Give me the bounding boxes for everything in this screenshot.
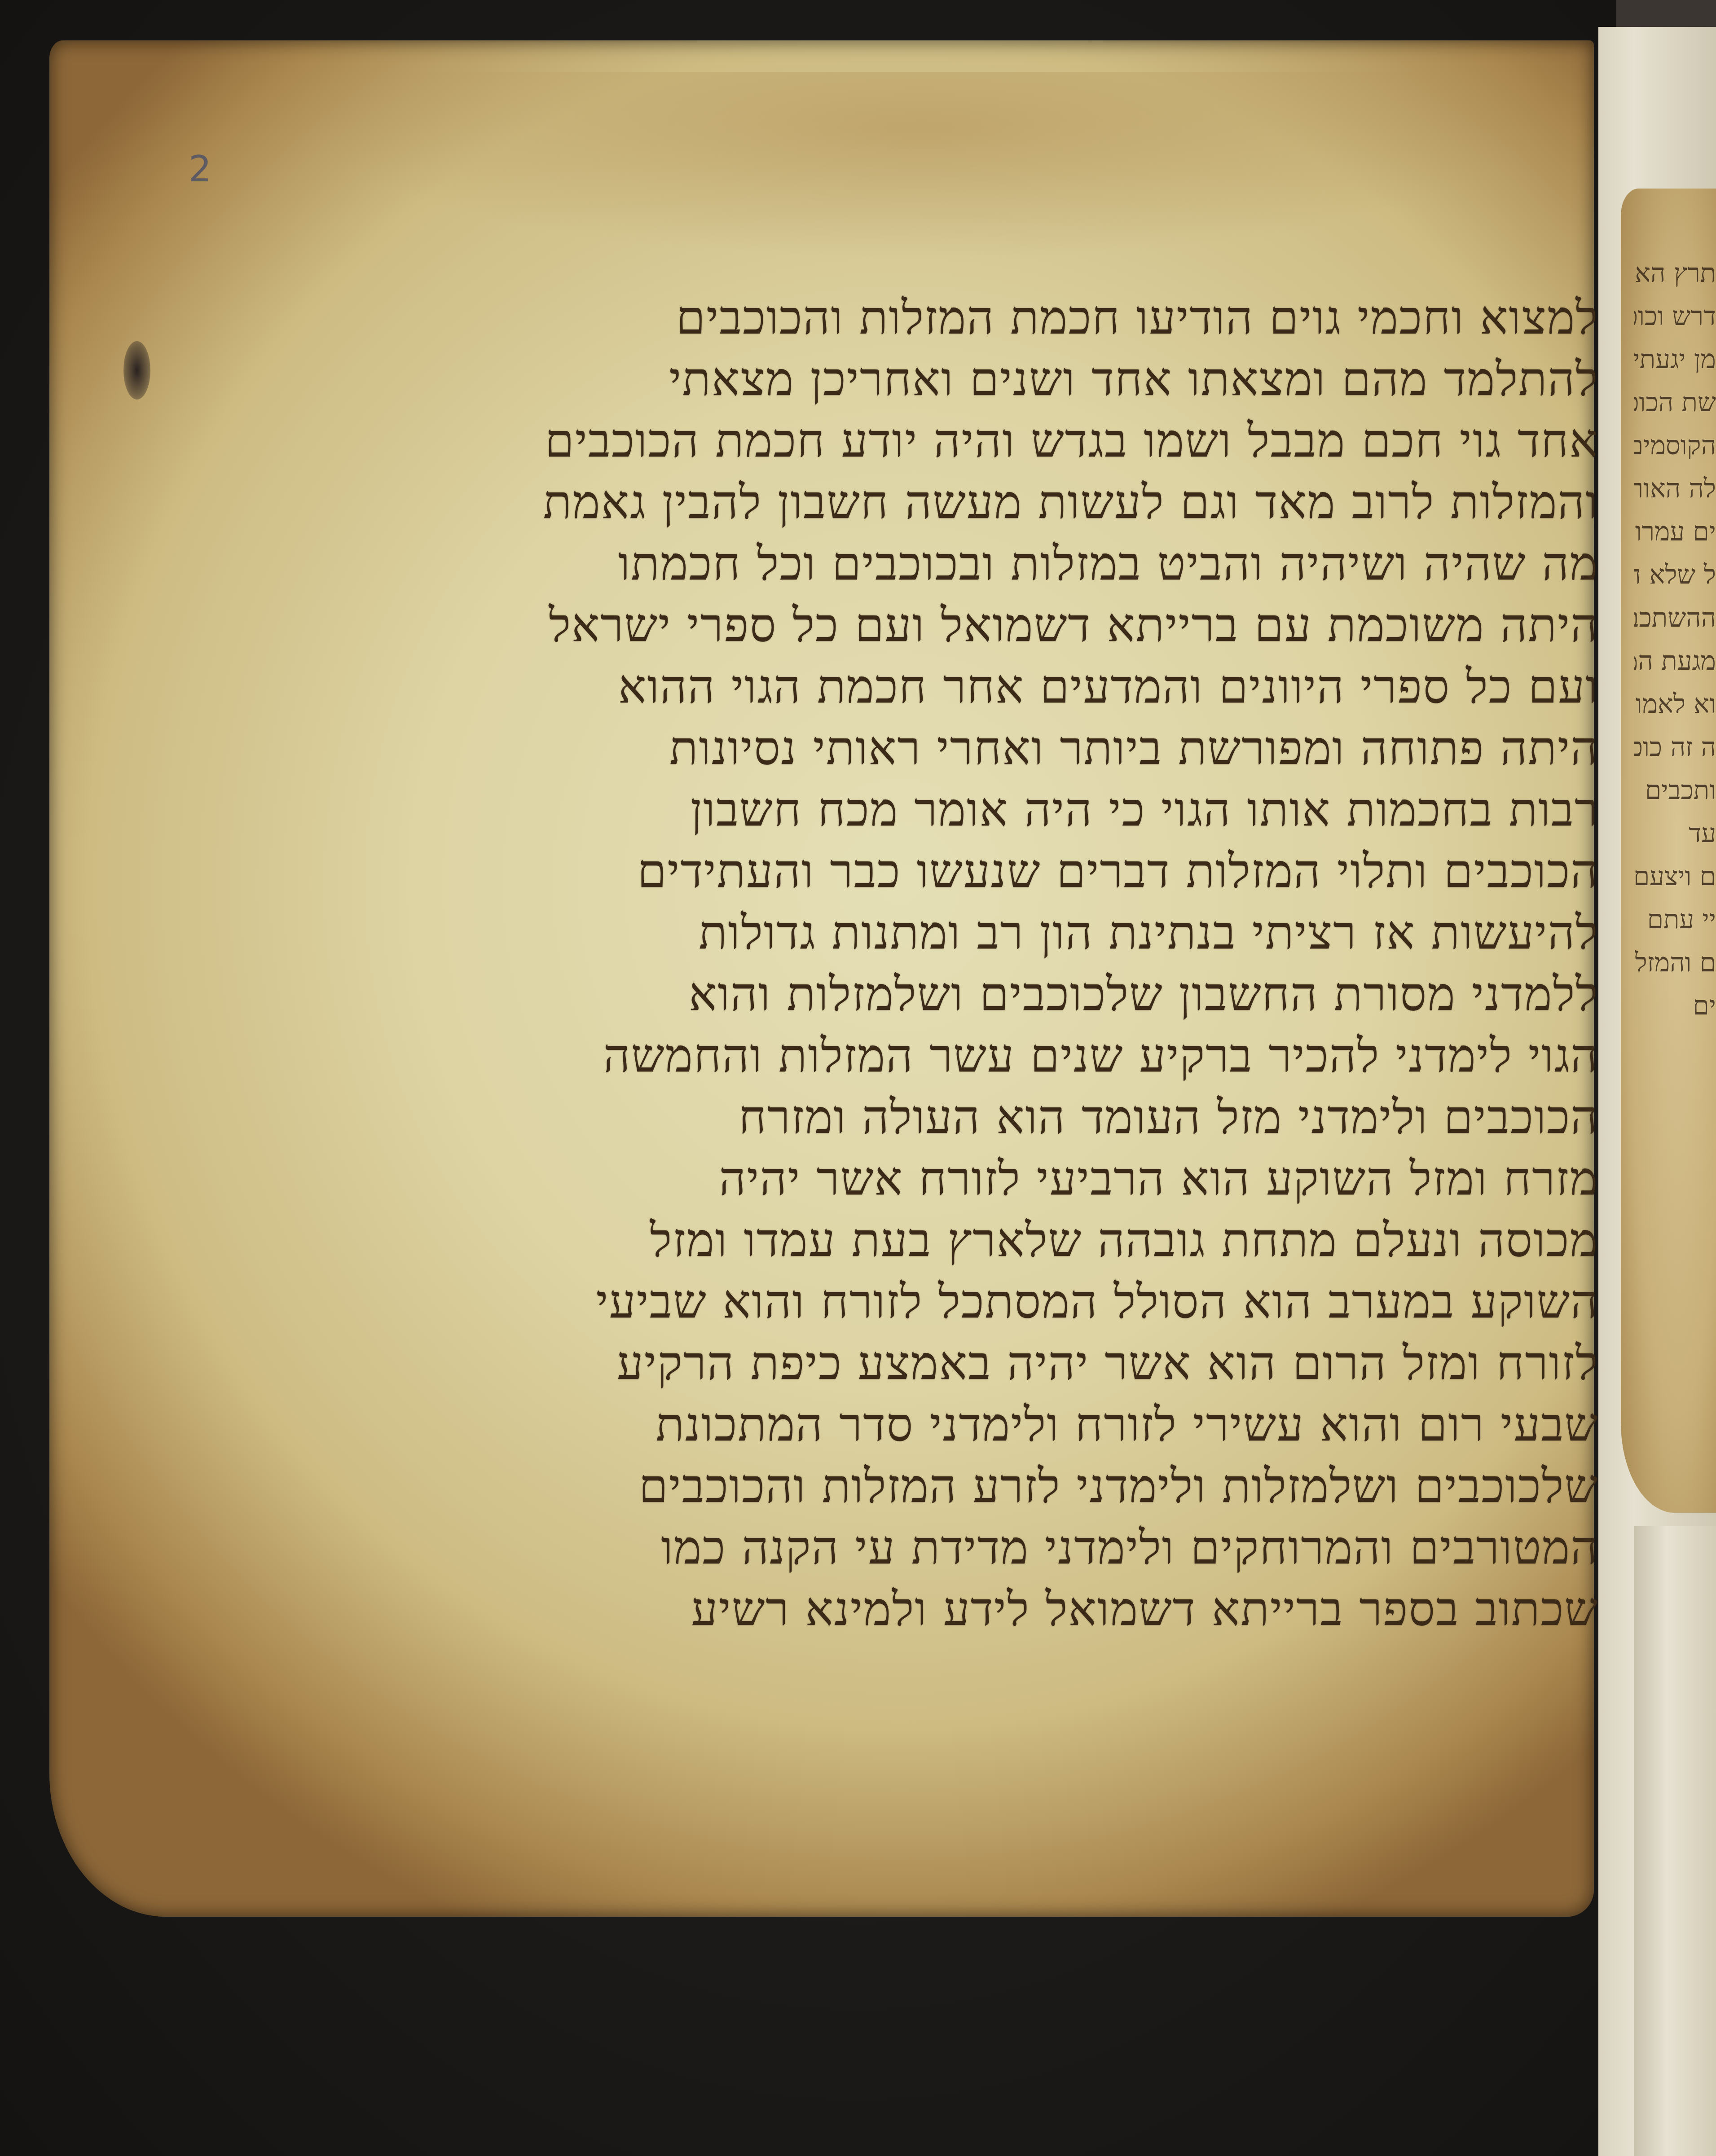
- folio-number: 2: [189, 148, 211, 190]
- text-line: והמזלות לרוב מאד וגם לעשות מעשה חשבון לה…: [332, 472, 1598, 533]
- text-line: היתה משוכמת עם ברייתא דשמואל ועם כל ספרי…: [332, 595, 1598, 656]
- facing-text-line: ההשתכבים: [1634, 596, 1716, 639]
- facing-text-line: תרץ הא: [1634, 251, 1716, 294]
- text-line: מכוסה ונעלם מתחת גובהה שלארץ בעת עמדו ומ…: [332, 1210, 1598, 1271]
- text-line: הכוכבים ולימדני מזל העומד הוא העולה ומזר…: [332, 1087, 1598, 1148]
- text-line: מזרח ומזל השוקע הוא הרביעי לזורח אשר יהי…: [332, 1148, 1598, 1210]
- facing-text-line: ל שלא היו: [1634, 553, 1716, 596]
- facing-text-line: דרש וכוכב: [1634, 294, 1716, 338]
- facing-text-line: ם והמזל: [1634, 941, 1716, 984]
- text-line: הגוי לימדני להכיר ברקיע שנים עשר המזלות …: [332, 1025, 1598, 1087]
- facing-text-line: וא לאמו: [1634, 682, 1716, 725]
- text-line: ללמדני מסורת החשבון שלכוכבים ושלמזלות וה…: [332, 964, 1598, 1025]
- text-line: אחד גוי חכם מבבל ושמו בגדש והיה יודע חכמ…: [332, 410, 1598, 472]
- facing-page-text: תרץ הא דרש וכוכב מן יגעתי שת הכוכבים הקו…: [1634, 251, 1716, 1027]
- facing-leaf-lower: [1634, 1526, 1716, 2156]
- facing-text-line: יי עתם: [1634, 898, 1716, 941]
- text-line: המטורבים והמרוחקים ולימדני מדידת עי הקנה…: [332, 1517, 1598, 1579]
- facing-text-line: ים עמרו: [1634, 510, 1716, 553]
- text-line: ועם כל ספרי היוונים והמדעים אחר חכמת הגו…: [332, 656, 1598, 718]
- text-line: למצוא וחכמי גוים הודיעו חכמת המזלות והכו…: [332, 287, 1598, 349]
- ink-blot: [123, 341, 150, 400]
- text-line: להיעשות אז רציתי בנתינת הון רב ומתנות גד…: [332, 902, 1598, 964]
- facing-text-line: עד: [1634, 812, 1716, 855]
- text-line: היתה פתוחה ומפורשת ביותר ואחרי ראותי נסי…: [332, 718, 1598, 779]
- text-line: לזורח ומזל הרום הוא אשר יהיה באמצע כיפת …: [332, 1333, 1598, 1394]
- facing-text-line: ים: [1634, 984, 1716, 1027]
- text-line: השוקע במערב הוא הסולל המסתכל לזורח והוא …: [332, 1271, 1598, 1333]
- facing-text-line: ם ויצעם: [1634, 855, 1716, 898]
- manuscript-text-block: למצוא וחכמי גוים הודיעו חכמת המזלות והכו…: [332, 287, 1598, 1640]
- facing-text-line: שת הכוכבים: [1634, 381, 1716, 424]
- facing-text-line: לה האורעת: [1634, 467, 1716, 510]
- facing-text-line: מגעת המזלים: [1634, 639, 1716, 682]
- text-line: שכתוב בספר ברייתא דשמואל לידע ולמינא רשי…: [332, 1579, 1598, 1640]
- text-line: מה שהיה ושיהיה והביט במזלות ובכוכבים וכל…: [332, 533, 1598, 595]
- facing-text-line: ה זה כוכבים: [1634, 725, 1716, 768]
- text-line: להתלמד מהם ומצאתו אחד ושנים ואחריכן מצאת…: [332, 349, 1598, 410]
- text-line: הכוכבים ותלוי המזלות דברים שנעשו כבר והע…: [332, 841, 1598, 902]
- text-line: רבות בחכמות אותו הגוי כי היה אומר מכח חש…: [332, 779, 1598, 841]
- facing-text-line: מן יגעתי: [1634, 338, 1716, 381]
- text-line: שבעי רום והוא עשירי לזורח ולימדני סדר המ…: [332, 1394, 1598, 1456]
- text-line: שלכוכבים ושלמזלות ולימדני לזרע המזלות וה…: [332, 1456, 1598, 1517]
- facing-text-line: הקוסמים: [1634, 424, 1716, 467]
- facing-text-line: ותכבים: [1634, 768, 1716, 812]
